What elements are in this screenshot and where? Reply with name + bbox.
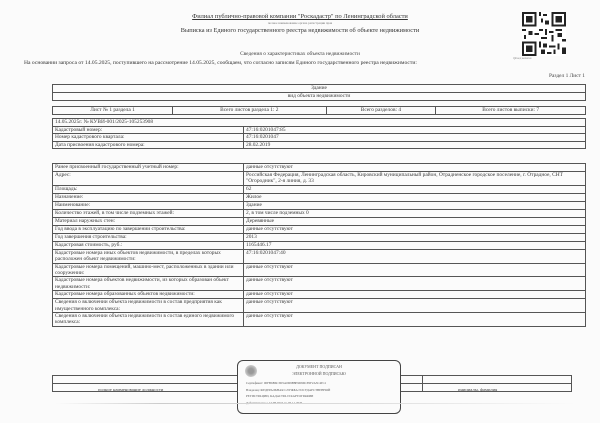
stamp-title: ДОКУМЕНТ ПОДПИСАН <box>238 364 400 369</box>
registration-number: 14.05.2025г. № КУВИ-001/2025-105253908 <box>53 119 586 127</box>
row-label: Кадастровые номера объектов недвижимости… <box>53 277 244 291</box>
sheet-number: Лист № 1 раздела 1 <box>53 107 173 115</box>
table-row: Год завершения строительства:2013 <box>53 233 586 241</box>
table-row: Дата присвоения кадастрового номера:28.0… <box>53 141 586 149</box>
row-value: данные отсутствуют <box>244 225 586 233</box>
table-row: Кадастровые номера иных объектов недвижи… <box>53 249 586 263</box>
section-label: Раздел 1 Лист 1 <box>549 73 585 79</box>
row-label: Кадастровые номера помещений, машино-мес… <box>53 263 244 277</box>
row-value: 62 <box>244 185 586 193</box>
stamp-owner: Владелец: ФЕДЕРАЛЬНАЯ СЛУЖБА ГОСУДАРСТВЕ… <box>246 388 330 392</box>
row-value: 1165446.17 <box>244 241 586 249</box>
row-label: Дата присвоения кадастрового номера: <box>53 141 244 149</box>
basis-statement: На основании запроса от 14.05.2025, пост… <box>24 60 584 66</box>
table-row: Назначение:Жилое <box>53 193 586 201</box>
row-value: данные отсутствуют <box>244 277 586 291</box>
electronic-signature-stamp: ДОКУМЕНТ ПОДПИСАН ЭЛЕКТРОННОЙ ПОДПИСЬЮ С… <box>237 360 401 414</box>
row-value: Здание <box>244 201 586 209</box>
row-label: Количество этажей, в том числе подземных… <box>53 209 244 217</box>
row-label: Кадастровые номера иных объектов недвижи… <box>53 249 244 263</box>
row-value: 47:16:0201047:85 <box>244 126 586 134</box>
registration-table: 14.05.2025г. № КУВИ-001/2025-105253908 К… <box>52 118 586 149</box>
table-row: Адрес:Российская Федерация, Ленинградска… <box>53 172 586 186</box>
document-subtitle: Сведения о характеристиках объекта недви… <box>0 51 600 57</box>
row-value: данные отсутствуют <box>244 291 586 299</box>
position-caption: полное наименование должности <box>98 387 163 392</box>
row-label: Наименование: <box>53 201 244 209</box>
row-value: Деревянные <box>244 217 586 225</box>
row-label: Кадастровые номера образованных объектов… <box>53 291 244 299</box>
row-label: Ранее присвоенный государственный учетны… <box>53 164 244 172</box>
object-type-table: Здание вид объекта недвижимости <box>52 84 586 101</box>
table-row: Сведения о включении объекта недвижимост… <box>53 313 586 327</box>
stamp-subtitle: ЭЛЕКТРОННОЙ ПОДПИСЬЮ <box>238 371 400 376</box>
table-row: Кадастровый номер:47:16:0201047:85 <box>53 126 586 134</box>
sections-total: Всего разделов: 4 <box>326 107 436 115</box>
row-label: Адрес: <box>53 172 244 186</box>
table-row: Номер кадастрового квартала:47:16:020104… <box>53 134 586 142</box>
name-caption: инициалы, фамилия <box>458 387 497 392</box>
scan-artifact <box>56 403 576 404</box>
table-row: Количество этажей, в том числе подземных… <box>53 209 586 217</box>
object-type: Здание <box>53 85 586 93</box>
row-value: данные отсутствуют <box>244 263 586 277</box>
organization-name: Филиал публично-правовой компании "Роска… <box>0 13 600 20</box>
qr-caption: QR-код выписки <box>513 57 531 60</box>
row-label: Площадь: <box>53 185 244 193</box>
row-label: Год завершения строительства: <box>53 233 244 241</box>
row-value: Жилое <box>244 193 586 201</box>
table-row: Наименование:Здание <box>53 201 586 209</box>
table-row: Сведения о включении объекта недвижимост… <box>53 299 586 313</box>
row-label: Назначение: <box>53 193 244 201</box>
table-row: Год ввода в эксплуатацию по завершении с… <box>53 225 586 233</box>
organization-caption: полное наименование органа регистрации п… <box>0 21 600 25</box>
table-row: Материал наружных стен:Деревянные <box>53 217 586 225</box>
row-label: Номер кадастрового квартала: <box>53 134 244 142</box>
properties-table: Ранее присвоенный государственный учетны… <box>52 163 586 327</box>
object-type-caption: вид объекта недвижимости <box>53 93 586 101</box>
row-value: Российская Федерация, Ленинградская обла… <box>244 172 586 186</box>
table-row: Кадастровые номера образованных объектов… <box>53 291 586 299</box>
table-row: Ранее присвоенный государственный учетны… <box>53 164 586 172</box>
qr-code-icon <box>522 12 566 56</box>
sheets-in-section: Всего листов раздела 1: 2 <box>173 107 326 115</box>
sheet-info-table: Лист № 1 раздела 1 Всего листов раздела … <box>52 106 586 115</box>
row-value: 47:16:0201047:40 <box>244 249 586 263</box>
row-label: Год ввода в эксплуатацию по завершении с… <box>53 225 244 233</box>
table-row: Кадастровые номера объектов недвижимости… <box>53 277 586 291</box>
row-value: 28.02.2019 <box>244 141 586 149</box>
table-row: Площадь:62 <box>53 185 586 193</box>
row-value: 2013 <box>244 233 586 241</box>
row-value: 47:16:0201047 <box>244 134 586 142</box>
row-value: данные отсутствуют <box>244 313 586 327</box>
table-row: Кадастровая стоимость, руб.:1165446.17 <box>53 241 586 249</box>
sheets-total: Всего листов выписки: 7 <box>436 107 586 115</box>
row-label: Материал наружных стен: <box>53 217 244 225</box>
document-title: Выписка из Единого государственного реес… <box>0 27 600 34</box>
stamp-owner-cont: РЕГИСТРАЦИИ, КАДАСТРА И КАРТОГРАФИИ <box>246 394 313 398</box>
row-label: Кадастровый номер: <box>53 126 244 134</box>
row-value: 2, в том числе подземных 0 <box>244 209 586 217</box>
row-value: данные отсутствуют <box>244 299 586 313</box>
table-row: Кадастровые номера помещений, машино-мес… <box>53 263 586 277</box>
row-value: данные отсутствуют <box>244 164 586 172</box>
stamp-certificate: Сертификат: 00FB6B6C3D5A0D9B8E9D9D1F6F2A… <box>246 381 326 385</box>
row-label: Сведения о включении объекта недвижимост… <box>53 313 244 327</box>
row-label: Сведения о включении объекта недвижимост… <box>53 299 244 313</box>
row-label: Кадастровая стоимость, руб.: <box>53 241 244 249</box>
